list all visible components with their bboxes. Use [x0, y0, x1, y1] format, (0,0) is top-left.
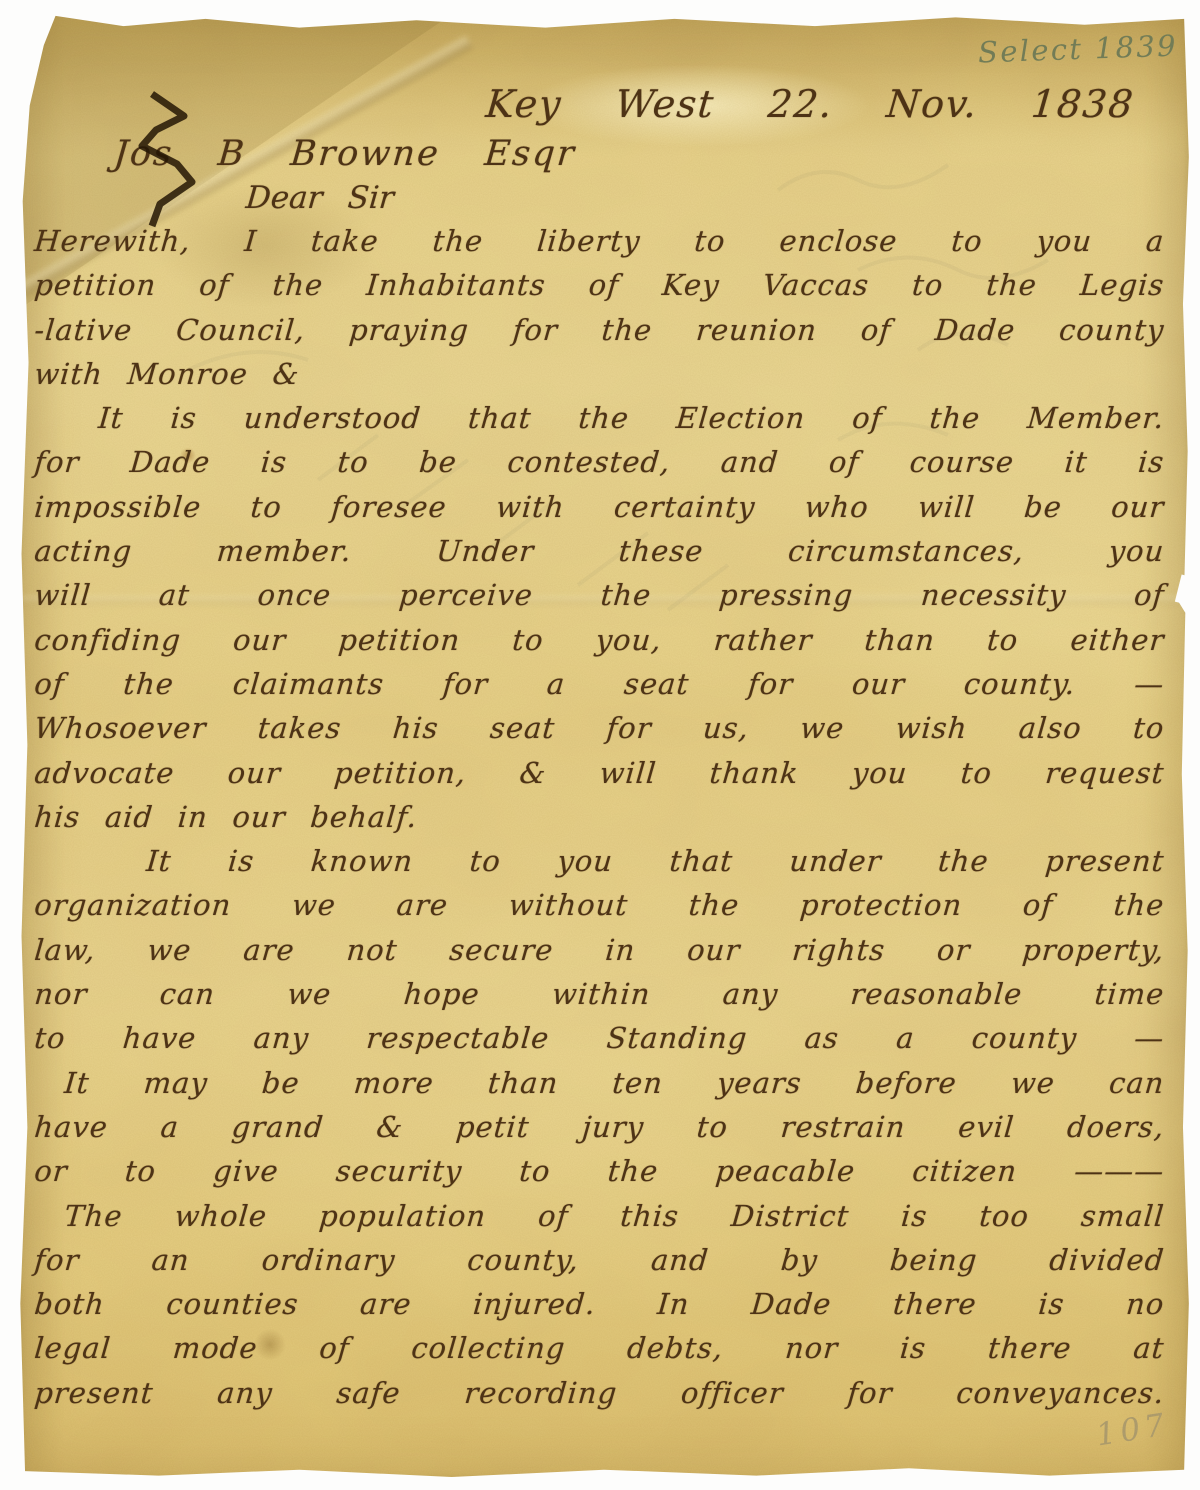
letter-line: nor can we hope within any reasonable ti… — [32, 977, 1166, 1021]
letter-body: Herewith, I take the liberty to enclose … — [34, 224, 1164, 1420]
letter-line: have a grand & petit jury to restrain ev… — [32, 1110, 1166, 1154]
archival-note: Select 1839 — [977, 29, 1178, 70]
letter-line: legal mode of collecting debts, nor is t… — [32, 1331, 1166, 1375]
letter-line: It is known to you that under the presen… — [32, 844, 1166, 888]
letter-line: both counties are injured. In Dade there… — [32, 1287, 1166, 1331]
letter-line: acting member. Under these circumstances… — [32, 534, 1166, 578]
letter-line: of the claimants for a seat for our coun… — [32, 667, 1166, 711]
letter-line: with Monroe & — [32, 357, 1166, 401]
paper-tear — [1175, 574, 1190, 605]
dateline: Key West 22. Nov. 1838 — [484, 82, 1136, 126]
salutation: Dear Sir — [244, 180, 395, 216]
letter-line: -lative Council, praying for the reunion… — [32, 313, 1166, 357]
letter-line: confiding our petition to you, rather th… — [32, 623, 1166, 667]
letter-line: will at once perceive the pressing neces… — [32, 578, 1166, 622]
letter-page: Select 1839 Key West 22. Nov. 1838 Jos B… — [18, 10, 1190, 1480]
letter-line: The whole population of this District is… — [32, 1199, 1166, 1243]
letter-line: petition of the Inhabitants of Key Vacca… — [32, 268, 1166, 312]
letter-line: advocate our petition, & will thank you … — [32, 756, 1166, 800]
letter-line: impossible to foresee with certainty who… — [32, 490, 1166, 534]
corner-ink-blot — [122, 86, 222, 246]
letter-line: to have any respectable Standing as a co… — [32, 1021, 1166, 1065]
letter-line: law, we are not secure in our rights or … — [32, 933, 1166, 977]
letter-line: present any safe recording officer for c… — [32, 1376, 1166, 1420]
letter-line: It is understood that the Election of th… — [32, 401, 1166, 445]
letter-line: It may be more than ten years before we … — [32, 1066, 1166, 1110]
letter-line: his aid in our behalf. — [32, 800, 1166, 844]
letter-line: or to give security to the peacable citi… — [32, 1154, 1166, 1198]
letter-line: for Dade is to be contested, and of cour… — [32, 445, 1166, 489]
letter-line: Whosoever takes his seat for us, we wish… — [32, 711, 1166, 755]
letter-line: for an ordinary county, and by being div… — [32, 1243, 1166, 1287]
letter-line: organization we are without the protecti… — [32, 888, 1166, 932]
scanned-letter: Select 1839 Key West 22. Nov. 1838 Jos B… — [0, 0, 1200, 1490]
